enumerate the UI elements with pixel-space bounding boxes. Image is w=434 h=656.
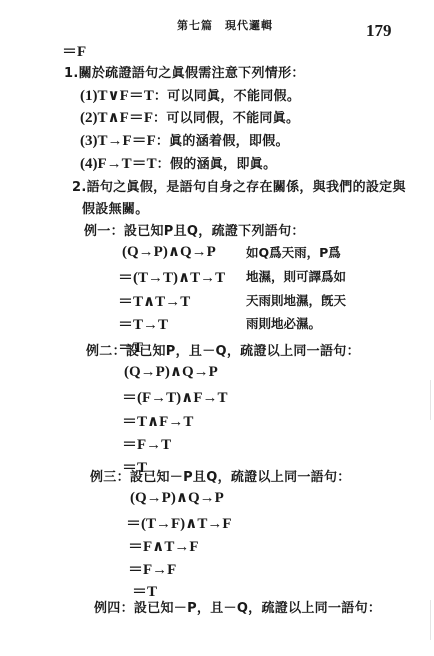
rule-1: (1)T∨F＝T：可以同眞，不能同假。 bbox=[80, 84, 300, 105]
example-1-note-line-3: 天雨則地濕，旣天 bbox=[246, 291, 346, 309]
rule-4-formula: (4)F→T＝T bbox=[80, 156, 157, 172]
example-2-step-1: (Q→P)∧Q→P bbox=[124, 362, 218, 381]
example-2-step-2: ＝(F→T)∧F→T bbox=[122, 386, 228, 407]
example-3-title: 例三：設已知－P且Q，疏證以上同一語句： bbox=[90, 466, 351, 485]
rule-3-text: ：眞的涵着假，即假。 bbox=[156, 134, 289, 149]
example-2-step-3: ＝T∧F→T bbox=[122, 410, 193, 431]
continuation-result: ＝F bbox=[62, 40, 86, 61]
rule-4-text: ：假的涵眞，即眞。 bbox=[157, 157, 277, 172]
example-3-step-3: ＝F∧T→F bbox=[128, 535, 199, 556]
scan-edge-mark bbox=[430, 380, 431, 420]
example-1-note-line-2: 地濕，則可譯爲如 bbox=[246, 267, 346, 285]
example-1-note-line-1: 如Q爲天雨，P爲 bbox=[246, 243, 341, 261]
section-2-line-2: 假設無關。 bbox=[82, 198, 149, 217]
example-4-title: 例四：設已知－P，且－Q，疏證以上同一語句： bbox=[94, 597, 381, 616]
example-3-step-4: ＝F→F bbox=[128, 558, 176, 579]
scan-edge-mark bbox=[430, 600, 431, 640]
book-page: 第七篇 現代邏輯 179 ＝F 1.關於疏證語句之眞假需注意下列情形： (1)T… bbox=[0, 0, 434, 656]
rule-2: (2)T∧F＝F：可以同假，不能同眞。 bbox=[80, 106, 299, 127]
example-3-step-2: ＝(T→F)∧T→F bbox=[126, 512, 232, 533]
rule-4: (4)F→T＝T：假的涵眞，即眞。 bbox=[80, 152, 276, 173]
page-number: 179 bbox=[366, 21, 392, 41]
rule-2-formula: (2)T∧F＝F bbox=[80, 110, 153, 126]
rule-2-text: ：可以同假，不能同眞。 bbox=[153, 111, 299, 126]
example-1-step-4: ＝T→T bbox=[118, 313, 168, 334]
example-1-step-2: ＝(T→T)∧T→T bbox=[118, 266, 225, 287]
example-1-step-3: ＝T∧T→T bbox=[118, 290, 190, 311]
example-1-note-line-4: 雨則地必濕。 bbox=[246, 314, 321, 332]
example-2-title: 例二：設已知P，且－Q，疏證以上同一語句： bbox=[86, 340, 360, 359]
section-2-line-1: 2.語句之眞假，是語句自身之存在關係，與我們的設定與 bbox=[72, 176, 406, 195]
rule-3-formula: (3)T→F＝F bbox=[80, 133, 156, 149]
example-1-step-1: (Q→P)∧Q→P bbox=[122, 242, 216, 261]
example-3-step-1: (Q→P)∧Q→P bbox=[130, 488, 224, 507]
rule-3: (3)T→F＝F：眞的涵着假，即假。 bbox=[80, 129, 289, 150]
example-1-title: 例一：設已知P且Q，疏證下列語句： bbox=[84, 220, 305, 239]
example-2-step-4: ＝F→T bbox=[122, 433, 171, 454]
running-head: 第七篇 現代邏輯 bbox=[177, 17, 273, 33]
section-1-heading: 1.關於疏證語句之眞假需注意下列情形： bbox=[64, 62, 305, 81]
rule-1-text: ：可以同眞，不能同假。 bbox=[154, 89, 300, 104]
rule-1-formula: (1)T∨F＝T bbox=[80, 88, 154, 104]
